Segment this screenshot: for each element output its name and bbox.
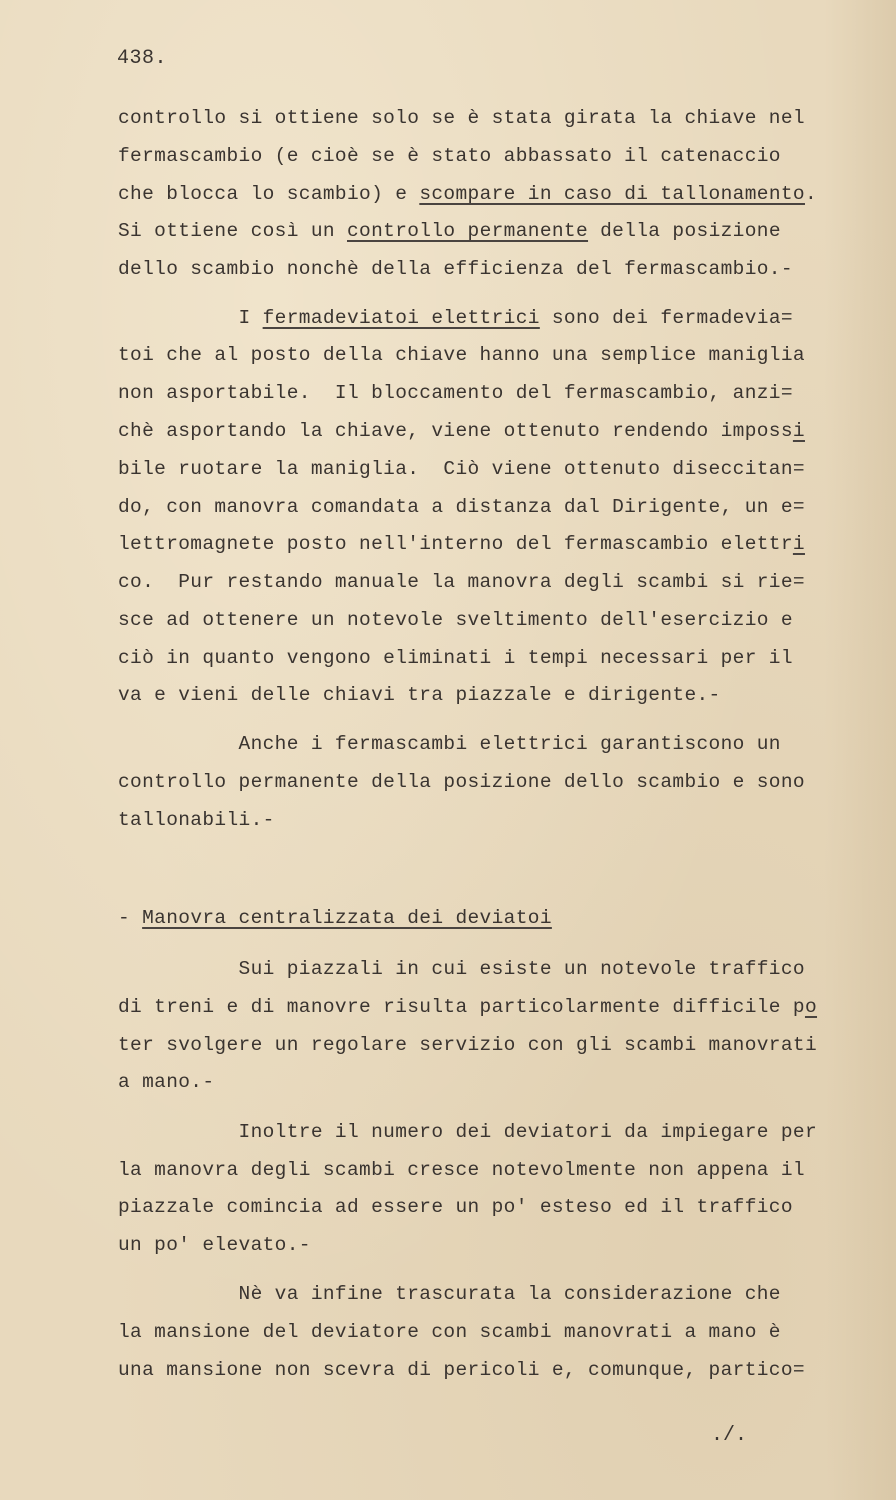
text-segment: fermascambio (e cioè se è stato abbassat… — [118, 145, 781, 167]
text-line: che blocca lo scambio) e scompare in cas… — [118, 181, 817, 207]
text-line: un po' elevato.- — [118, 1232, 311, 1258]
text-line: piazzale comincia ad essere un po' estes… — [118, 1194, 793, 1220]
text-segment: della posizione — [588, 220, 781, 242]
text-line: Nè va infine trascurata la considerazion… — [118, 1281, 781, 1307]
text-line: chè asportando la chiave, viene ottenuto… — [118, 418, 805, 444]
text-segment: la mansione del deviatore con scambi man… — [118, 1321, 781, 1343]
text-line: Anche i fermascambi elettrici garantisco… — [118, 731, 781, 757]
underlined-text: i — [793, 420, 805, 442]
text-line: Si ottiene così un controllo permanente … — [118, 218, 781, 244]
underlined-text: o — [805, 996, 817, 1018]
text-segment: controllo si ottiene solo se è stata gir… — [118, 107, 805, 129]
underlined-text: scompare in caso di tallonamento — [419, 183, 805, 205]
text-line: sce ad ottenere un notevole sveltimento … — [118, 607, 793, 633]
text-line: a mano.- — [118, 1069, 214, 1095]
text-segment: toi che al posto della chiave hanno una … — [118, 344, 805, 366]
text-line: la manovra degli scambi cresce notevolme… — [118, 1157, 805, 1183]
text-segment: ciò in quanto vengono eliminati i tempi … — [118, 647, 793, 669]
text-line: non asportabile. Il bloccamento del ferm… — [118, 380, 793, 406]
text-segment: chè asportando la chiave, viene ottenuto… — [118, 420, 793, 442]
page-number: 438. — [117, 47, 167, 70]
text-segment: Nè va infine trascurata la considerazion… — [118, 1283, 781, 1305]
text-line: tallonabili.- — [118, 807, 275, 833]
text-segment: sono dei fermadevia= — [540, 307, 793, 329]
underlined-text: i — [793, 533, 805, 555]
text-segment: co. Pur restando manuale la manovra degl… — [118, 571, 805, 593]
text-segment: ter svolgere un regolare servizio con gl… — [118, 1034, 817, 1056]
text-line: Sui piazzali in cui esiste un notevole t… — [118, 956, 805, 982]
text-segment: che blocca lo scambio) e — [118, 183, 419, 205]
typewritten-page: 438. controllo si ottiene solo se è stat… — [0, 0, 896, 1500]
text-line: co. Pur restando manuale la manovra degl… — [118, 569, 805, 595]
text-segment: a mano.- — [118, 1071, 214, 1093]
text-line: ciò in quanto vengono eliminati i tempi … — [118, 645, 793, 671]
text-line: Inoltre il numero dei deviatori da impie… — [118, 1119, 817, 1145]
text-line: toi che al posto della chiave hanno una … — [118, 342, 805, 368]
text-segment: controllo permanente della posizione del… — [118, 771, 805, 793]
text-segment: la manovra degli scambi cresce notevolme… — [118, 1159, 805, 1181]
text-segment: un po' elevato.- — [118, 1234, 311, 1256]
text-segment: una mansione non scevra di pericoli e, c… — [118, 1359, 805, 1381]
underlined-text: controllo permanente — [347, 220, 588, 242]
text-line: controllo permanente della posizione del… — [118, 769, 805, 795]
text-line: ter svolgere un regolare servizio con gl… — [118, 1032, 817, 1058]
text-line: controllo si ottiene solo se è stata gir… — [118, 105, 805, 131]
text-segment: sce ad ottenere un notevole sveltimento … — [118, 609, 793, 631]
text-segment: tallonabili.- — [118, 809, 275, 831]
underlined-text: Manovra centralizzata dei deviatoi — [142, 907, 552, 929]
text-segment: va e vieni delle chiavi tra piazzale e d… — [118, 684, 721, 706]
text-segment: Inoltre il numero dei deviatori da impie… — [118, 1121, 817, 1143]
text-segment: Si ottiene così un — [118, 220, 347, 242]
text-line: va e vieni delle chiavi tra piazzale e d… — [118, 682, 721, 708]
continuation-mark: ./. — [711, 1424, 747, 1447]
text-line: di treni e di manovre risulta particolar… — [118, 994, 817, 1020]
text-line: la mansione del deviatore con scambi man… — [118, 1319, 781, 1345]
text-line: fermascambio (e cioè se è stato abbassat… — [118, 143, 781, 169]
text-segment: I — [118, 307, 263, 329]
text-segment: . — [805, 183, 817, 205]
text-line: do, con manovra comandata a distanza dal… — [118, 494, 805, 520]
text-segment: Anche i fermascambi elettrici garantisco… — [118, 733, 781, 755]
text-line: I fermadeviatoi elettrici sono dei ferma… — [118, 305, 793, 331]
text-segment: lettromagnete posto nell'interno del fer… — [118, 533, 793, 555]
text-line: dello scambio nonchè della efficienza de… — [118, 256, 793, 282]
underlined-text: fermadeviatoi elettrici — [263, 307, 540, 329]
text-segment: dello scambio nonchè della efficienza de… — [118, 258, 793, 280]
text-line: - Manovra centralizzata dei deviatoi — [118, 905, 552, 931]
text-segment: do, con manovra comandata a distanza dal… — [118, 496, 805, 518]
text-line: lettromagnete posto nell'interno del fer… — [118, 531, 805, 557]
text-segment: non asportabile. Il bloccamento del ferm… — [118, 382, 793, 404]
text-line: bile ruotare la maniglia. Ciò viene otte… — [118, 456, 805, 482]
text-segment: bile ruotare la maniglia. Ciò viene otte… — [118, 458, 805, 480]
text-segment: Sui piazzali in cui esiste un notevole t… — [118, 958, 805, 980]
text-segment: piazzale comincia ad essere un po' estes… — [118, 1196, 793, 1218]
text-segment: di treni e di manovre risulta particolar… — [118, 996, 805, 1018]
text-line: una mansione non scevra di pericoli e, c… — [118, 1357, 805, 1383]
text-segment: - — [118, 907, 142, 929]
